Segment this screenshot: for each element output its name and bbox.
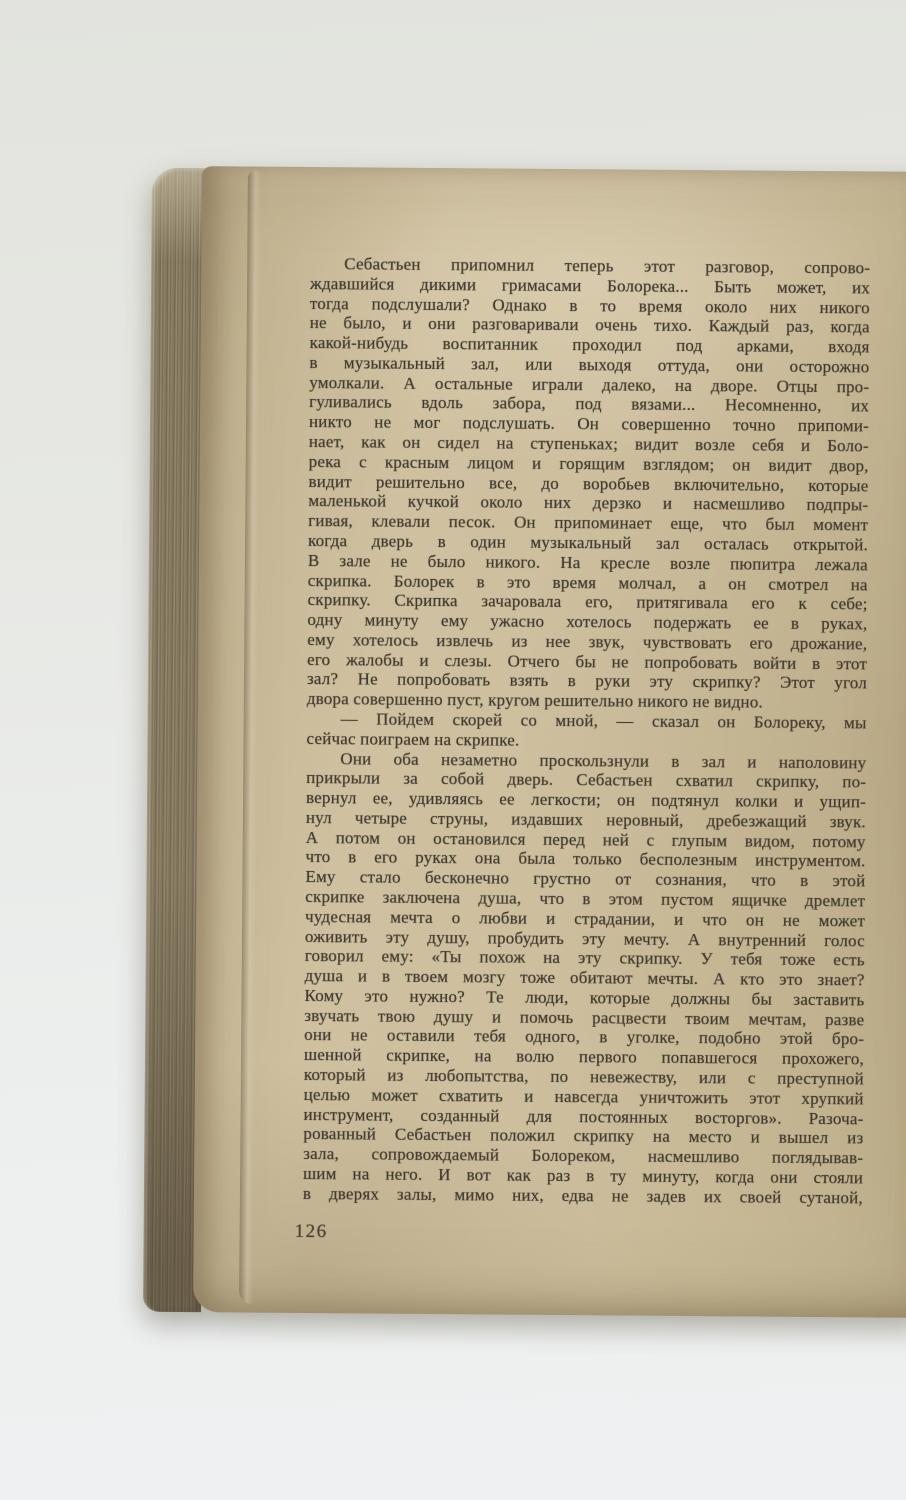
text-line: в дверях залы, мимо них, едва не задев и… <box>303 1184 863 1208</box>
book: Себастьен припомнил теперь этот разговор… <box>143 166 906 1318</box>
page-crease <box>239 171 262 1305</box>
book-page: Себастьен припомнил теперь этот разговор… <box>193 166 906 1318</box>
page-number: 126 <box>295 1221 328 1243</box>
photo-background: Себастьен припомнил теперь этот разговор… <box>0 0 906 1500</box>
text-block: Себастьен припомнил теперь этот разговор… <box>303 254 870 1208</box>
